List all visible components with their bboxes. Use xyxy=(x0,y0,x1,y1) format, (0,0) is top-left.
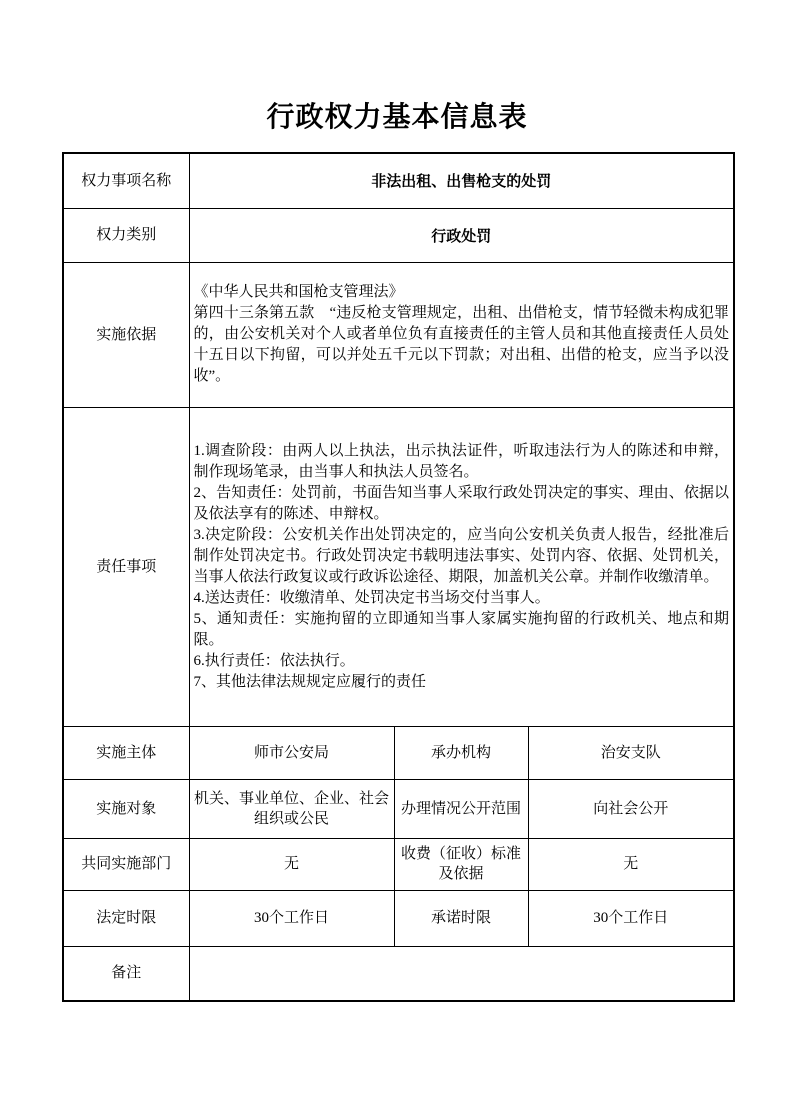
power-category-label: 权力类别 xyxy=(63,208,189,262)
row-power-category: 权力类别 行政处罚 xyxy=(63,208,734,262)
fee-standard-label: 收费（征收）标准及依据 xyxy=(394,838,528,890)
disclosure-scope-value: 向社会公开 xyxy=(528,779,734,838)
statutory-time-limit-value: 30个工作日 xyxy=(189,890,394,946)
item-name-label: 权力事项名称 xyxy=(63,153,189,208)
power-category-value: 行政处罚 xyxy=(189,208,734,262)
item-name-value: 非法出租、出售枪支的处罚 xyxy=(189,153,734,208)
statutory-time-limit-label: 法定时限 xyxy=(63,890,189,946)
row-implementation-target: 实施对象 机关、事业单位、企业、社会组织或公民 办理情况公开范围 向社会公开 xyxy=(63,779,734,838)
row-implementation-basis: 实施依据 《中华人民共和国枪支管理法》 第四十三条第五款 “违反枪支管理规定，出… xyxy=(63,262,734,407)
row-item-name: 权力事项名称 非法出租、出售枪支的处罚 xyxy=(63,153,734,208)
disclosure-scope-label: 办理情况公开范围 xyxy=(394,779,528,838)
implementing-body-label: 实施主体 xyxy=(63,726,189,779)
document-page: 行政权力基本信息表 权力事项名称 非法出租、出售枪支的处罚 权力类别 行政处罚 … xyxy=(0,0,794,1108)
responsibility-items-label: 责任事项 xyxy=(63,407,189,726)
row-joint-departments: 共同实施部门 无 收费（征收）标准及依据 无 xyxy=(63,838,734,890)
page-title: 行政权力基本信息表 xyxy=(0,100,794,136)
responsibility-items-text: 1.调查阶段：由两人以上执法，出示执法证件，听取违法行为人的陈述和申辩，制作现场… xyxy=(189,407,734,726)
row-remarks: 备注 xyxy=(63,946,734,1001)
fee-standard-value: 无 xyxy=(528,838,734,890)
remarks-value xyxy=(189,946,734,1001)
joint-departments-label: 共同实施部门 xyxy=(63,838,189,890)
row-responsibility-items: 责任事项 1.调查阶段：由两人以上执法，出示执法证件，听取违法行为人的陈述和申辩… xyxy=(63,407,734,726)
info-table: 权力事项名称 非法出租、出售枪支的处罚 权力类别 行政处罚 实施依据 《中华人民… xyxy=(62,152,735,1002)
remarks-label: 备注 xyxy=(63,946,189,1001)
handling-agency-label: 承办机构 xyxy=(394,726,528,779)
joint-departments-value: 无 xyxy=(189,838,394,890)
implementation-target-label: 实施对象 xyxy=(63,779,189,838)
implementing-body-value: 师市公安局 xyxy=(189,726,394,779)
implementation-basis-text: 《中华人民共和国枪支管理法》 第四十三条第五款 “违反枪支管理规定，出租、出借枪… xyxy=(189,262,734,407)
row-time-limits: 法定时限 30个工作日 承诺时限 30个工作日 xyxy=(63,890,734,946)
implementation-target-value: 机关、事业单位、企业、社会组织或公民 xyxy=(189,779,394,838)
promised-time-limit-value: 30个工作日 xyxy=(528,890,734,946)
promised-time-limit-label: 承诺时限 xyxy=(394,890,528,946)
implementation-basis-label: 实施依据 xyxy=(63,262,189,407)
row-implementing-body: 实施主体 师市公安局 承办机构 治安支队 xyxy=(63,726,734,779)
handling-agency-value: 治安支队 xyxy=(528,726,734,779)
